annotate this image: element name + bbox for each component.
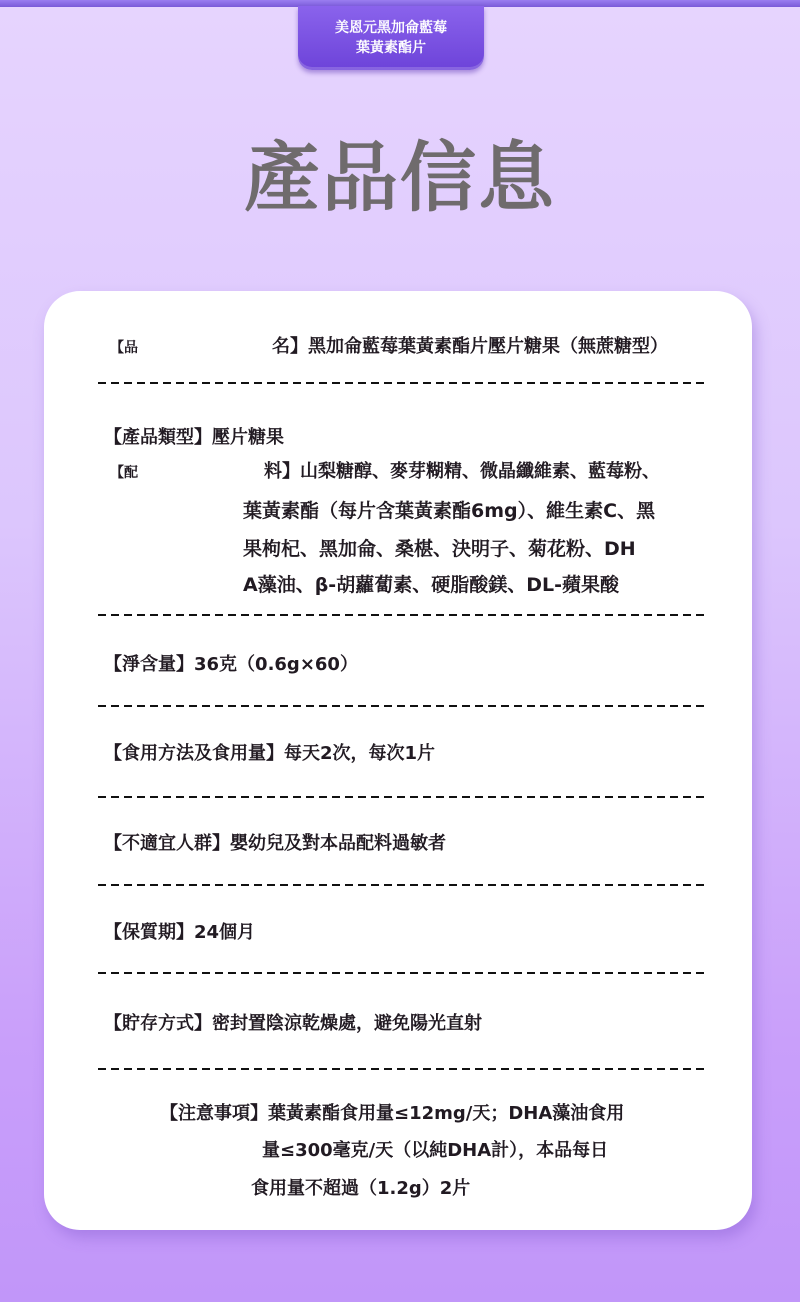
- badge-line-1: 美恩元黑加侖藍莓: [298, 18, 484, 38]
- net-content-value: 36克（0.6g×60）: [194, 654, 358, 675]
- notes-line-3: 食用量不超過（1.2g）2片: [251, 1176, 470, 1202]
- product-type-label: 【產品類型】: [104, 427, 212, 448]
- unsuitable-value: 嬰幼兒及對本品配料過敏者: [230, 833, 446, 854]
- net-content-label: 【淨含量】: [104, 654, 194, 675]
- unsuitable-label: 【不適宜人群】: [104, 833, 230, 854]
- name-label-close: 名】: [272, 336, 308, 357]
- info-row-net-content: 【淨含量】36克（0.6g×60）: [104, 652, 358, 678]
- storage-label: 【貯存方式】: [104, 1013, 212, 1034]
- ingredients-line-1: 山梨糖醇、麥芽糊精、微晶纖維素、藍莓粉、: [300, 461, 660, 482]
- page-title: 產品信息: [0, 128, 800, 228]
- ingredients-label-close: 料】: [264, 461, 300, 482]
- info-row-usage: 【食用方法及食用量】每天2次，每次1片: [104, 741, 435, 767]
- product-name-badge: 美恩元黑加侖藍莓 葉黃素酯片: [298, 6, 484, 70]
- product-type-value: 壓片糖果: [212, 427, 284, 448]
- divider: [98, 705, 708, 707]
- notes-line-1-row: 【注意事項】葉黃素酯食用量≤12mg/天；DHA藻油食用: [160, 1101, 624, 1127]
- divider: [98, 884, 708, 886]
- ingredients-label-open: 【配: [110, 465, 138, 481]
- divider: [98, 972, 708, 974]
- info-row-shelf-life: 【保質期】24個月: [104, 920, 255, 946]
- storage-value: 密封置陰涼乾燥處，避免陽光直射: [212, 1013, 482, 1034]
- usage-value: 每天2次，每次1片: [284, 743, 435, 764]
- notes-line-1: 葉黃素酯食用量≤12mg/天；DHA藻油食用: [268, 1103, 624, 1124]
- ingredients-line-2: 葉黃素酯（每片含葉黃素酯6mg）、維生素C、黑: [243, 498, 655, 524]
- notes-label: 【注意事項】: [160, 1103, 268, 1124]
- divider: [98, 796, 708, 798]
- shelf-life-label: 【保質期】: [104, 922, 194, 943]
- ingredients-line-3: 果枸杞、黑加侖、桑椹、決明子、菊花粉、DH: [243, 536, 636, 562]
- name-value: 黑加侖藍莓葉黃素酯片壓片糖果（無蔗糖型）: [308, 336, 668, 357]
- shelf-life-value: 24個月: [194, 922, 255, 943]
- ingredients-line-1-row: 料】山梨糖醇、麥芽糊精、微晶纖維素、藍莓粉、: [264, 459, 660, 485]
- info-row-storage: 【貯存方式】密封置陰涼乾燥處，避免陽光直射: [104, 1011, 482, 1037]
- info-row-name-value: 名】黑加侖藍莓葉黃素酯片壓片糖果（無蔗糖型）: [272, 334, 668, 360]
- ingredients-label-open-row: 【配: [110, 459, 138, 486]
- info-row-product-type: 【產品類型】壓片糖果: [104, 425, 284, 451]
- usage-label: 【食用方法及食用量】: [104, 743, 284, 764]
- name-label-open: 【品: [110, 340, 138, 356]
- ingredients-line-4: A藻油、β-胡蘿蔔素、硬脂酸鎂、DL-蘋果酸: [243, 572, 619, 598]
- divider: [98, 1068, 708, 1070]
- info-row-unsuitable: 【不適宜人群】嬰幼兒及對本品配料過敏者: [104, 831, 446, 857]
- info-row-name: 【品: [110, 334, 138, 361]
- divider: [98, 382, 708, 384]
- badge-line-2: 葉黃素酯片: [298, 38, 484, 58]
- divider: [98, 614, 708, 616]
- notes-line-2: 量≤300毫克/天（以純DHA計），本品每日: [262, 1138, 608, 1164]
